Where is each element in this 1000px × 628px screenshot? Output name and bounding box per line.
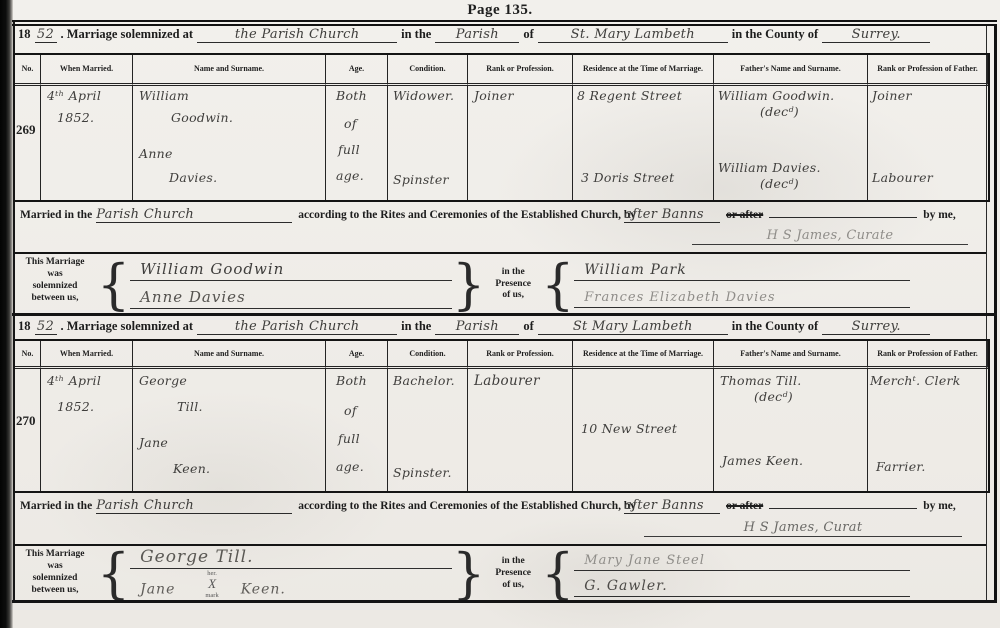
age-line-1-2: Both [336,373,367,388]
groom-signature-2: George Till. [140,547,253,567]
groom-father-note-2: (decᵈ) [754,389,793,404]
after-banns-entry-2: after Banns [624,498,720,514]
bride-signature-line: Anne Davies [130,288,452,309]
marriage-register-scan: Page 135. 1852 . Marriage solemnized at … [0,0,1000,628]
open-brace-couple: { [97,257,130,312]
presence-line2: Presence [485,279,541,291]
cell-residence: 8 Regent Street 3 Doris Street [573,86,714,200]
witness2-line-2: G. Gawler. [574,577,910,597]
after-banns-entry: after Banns [624,207,720,223]
col-header-condition: Condition. [388,55,468,86]
age-line-2: of [344,116,357,131]
presence-line2-2: Presence [485,568,541,580]
close-brace-couple: } [452,257,485,312]
col-header-age-2: Age. [326,341,388,369]
blank-line [769,217,917,218]
cell-no: 269 [15,86,41,200]
col-header-age: Age. [326,55,388,86]
bride-signature-last-2: Keen. [241,582,286,598]
presence-line1: in the [485,267,541,279]
age-line-4: age. [336,168,364,183]
witness2-signature-2: G. Gawler. [584,578,667,594]
this-marriage-line3: solemnized [13,281,97,293]
close-brace-couple-2: } [452,547,485,602]
presence-line1-2: in the [485,556,541,568]
top-double-rule [12,20,997,26]
in-the-label: in the [401,27,431,42]
groom-condition-2: Bachelor. [393,373,455,388]
groom-signature-line-2: George Till. [130,547,452,569]
witness2-line: Frances Elizabeth Davies [574,288,910,308]
blank-line-2 [769,508,917,509]
this-marriage-line4-2: between us, [13,585,97,597]
couple-signatures: William Goodwin Anne Davies [130,254,452,315]
bride-surname-2: Keen. [173,461,210,476]
bride-signature-line-2: Jane her. X mark Keen. [130,570,452,601]
register-table-2: No. When Married. Name and Surname. Age.… [13,339,990,493]
year-printed-2: 18 [18,319,31,334]
witness-signatures-2: Mary Jane Steel G. Gawler. [574,546,910,602]
this-marriage-line1: This Marriage [13,257,97,269]
year-handwritten-2: 52 [35,319,57,335]
cell-father-name-2: Thomas Till. (decᵈ) James Keen. [714,369,868,491]
groom-residence: 8 Regent Street [577,88,682,103]
groom-surname-2: Till. [177,399,203,414]
col-header-no-2: No. [15,341,41,369]
col-header-father-name: Father's Name and Surname. [714,55,868,86]
register-table-1: No. When Married. Name and Surname. Age.… [13,53,990,202]
groom-father-name: William Goodwin. [718,88,834,103]
married-in-label: Married in the [20,209,92,221]
this-marriage-line3-2: solemnized [13,573,97,585]
cell-condition: Widower. Spinster [388,86,468,200]
cell-father-rank: Joiner Labourer [868,86,988,200]
col-header-father-name-2: Father's Name and Surname. [714,341,868,369]
page-number: Page 135. [0,2,1000,19]
parish-name-entry-2: St Mary Lambeth [538,319,728,335]
rites-label: according to the Rites and Ceremonies of… [298,209,636,221]
bride-signature-first-2: Jane [140,582,175,598]
groom-father-rank: Joiner [872,88,912,103]
this-marriage-label-2: This Marriage was solemnized between us, [13,546,97,602]
when-married-line1-2: 4ᵗʰ April [47,373,101,388]
bride-surname: Davies. [169,170,217,185]
place-entry: the Parish Church [197,27,397,43]
groom-first-name: William [139,88,189,103]
of-label-2: of [523,319,533,334]
solemnized-label-2: . Marriage solemnized at [61,319,194,334]
bride-signature: Anne Davies [140,288,246,306]
bottom-rule [12,600,997,603]
married-place-entry: Parish Church [96,207,292,223]
groom-first-name-2: George [139,373,187,388]
presence-label-2: in the Presence of us, [485,556,541,592]
bride-first-name: Anne [139,146,173,161]
attestation-block-1: This Marriage was solemnized between us,… [13,252,986,315]
presence-line3-2: of us, [485,580,541,592]
bride-father-name-2: James Keen. [722,453,803,468]
cell-age: Both of full age. [326,86,388,200]
col-header-name-surname-2: Name and Surname. [133,341,326,369]
open-brace-witnesses-2: { [541,547,574,602]
bride-mark-stack: her. X mark [205,570,218,599]
bride-father-rank: Labourer [872,170,933,185]
col-header-residence: Residence at the Time of Marriage. [573,55,714,86]
county-entry: Surrey. [822,27,930,43]
groom-signature: William Goodwin [140,260,284,278]
bride-condition-2: Spinster. [393,465,452,480]
open-brace-couple-2: { [97,547,130,602]
cell-age-2: Both of full age. [326,369,388,491]
col-header-name-surname: Name and Surname. [133,55,326,86]
married-in-label-2: Married in the [20,500,92,512]
when-married-line2-2: 1852. [57,399,94,414]
age-line-3: full [338,142,360,157]
col-header-when-married: When Married. [41,55,133,86]
cell-condition-2: Bachelor. Spinster. [388,369,468,491]
age-line-4-2: age. [336,459,364,474]
witness1-line-2: Mary Jane Steel [574,551,910,571]
groom-father-name-2: Thomas Till. [720,373,802,388]
in-the-label-2: in the [401,319,431,334]
witness1-signature: William Park [584,262,686,278]
col-header-rank-2: Rank or Profession. [468,341,573,369]
bride-condition: Spinster [393,172,449,187]
minister-signature-2: H S James, Curat [644,518,962,537]
minister-signature-1: H S James, Curate [692,226,968,245]
cell-when-married: 4ᵗʰ April 1852. [41,86,133,200]
witness1-signature-2: Mary Jane Steel [584,553,705,568]
groom-rank-2: Labourer [474,373,540,389]
this-marriage-line2: was [13,269,97,281]
col-header-rank: Rank or Profession. [468,55,573,86]
cell-rank: Joiner [468,86,573,200]
rites-label-2: according to the Rites and Ceremonies of… [298,500,636,512]
cell-no-2: 270 [15,369,41,491]
married-in-line-1: Married in the Parish Church according t… [20,207,956,223]
parish-entry-2: Parish [435,319,519,335]
place-entry-2: the Parish Church [197,319,397,335]
witness2-signature: Frances Elizabeth Davies [584,290,775,305]
this-marriage-line4: between us, [13,293,97,305]
entry-number-2: 270 [16,413,36,429]
cell-names-2: George Till. Jane Keen. [133,369,326,491]
married-place-entry-2: Parish Church [96,498,292,514]
col-header-condition-2: Condition. [388,341,468,369]
col-header-father-rank: Rank or Profession of Father. [868,55,988,86]
groom-surname: Goodwin. [171,110,233,125]
bride-father-rank-2: Farrier. [876,459,926,474]
couple-signatures-2: George Till. Jane her. X mark Keen. [130,546,452,602]
bride-residence: 3 Doris Street [581,170,674,185]
witness-signatures: William Park Frances Elizabeth Davies [574,254,910,315]
groom-signature-line: William Goodwin [130,260,452,281]
when-married-line1: 4ᵗʰ April [47,88,101,103]
col-header-father-rank-2: Rank or Profession of Father. [868,341,988,369]
col-header-when-married-2: When Married. [41,341,133,369]
by-me-label: by me, [923,209,956,221]
age-line-2-2: of [344,403,357,418]
by-me-label-2: by me, [923,500,956,512]
solemnized-label: . Marriage solemnized at [61,27,194,42]
cell-father-name: William Goodwin. (decᵈ) William Davies. … [714,86,868,200]
cell-names: William Goodwin. Anne Davies. [133,86,326,200]
parish-entry: Parish [435,27,519,43]
presence-line3: of us, [485,290,541,302]
age-line-3-2: full [338,431,360,446]
col-header-residence-2: Residence at the Time of Marriage. [573,341,714,369]
attestation-block-2: This Marriage was solemnized between us,… [13,544,986,602]
county-of-label-2: in the County of [732,319,818,334]
shared-residence-2: 10 New Street [581,421,677,436]
or-after-label: or after [726,209,763,221]
this-marriage-label: This Marriage was solemnized between us, [13,254,97,315]
married-in-line-2: Married in the Parish Church according t… [20,498,956,514]
witness1-line: William Park [574,261,910,281]
open-brace-witnesses: { [541,257,574,312]
groom-father-rank-2: Merchᵗ. Clerk [870,373,961,388]
entry-number: 269 [16,122,36,138]
cell-residence-2: 10 New Street [573,369,714,491]
bride-father-note: (decᵈ) [760,176,799,191]
county-of-label: in the County of [732,27,818,42]
col-header-no: No. [15,55,41,86]
bride-first-name-2: Jane [139,435,168,450]
year-handwritten: 52 [35,27,57,43]
mark-mark-label: mark [205,592,218,599]
parish-name-entry: St. Mary Lambeth [538,27,728,43]
section-2-header: 1852 . Marriage solemnized at the Parish… [18,319,984,335]
minister-signature-text-2: H S James, Curat [744,520,863,535]
groom-condition: Widower. [393,88,454,103]
of-label: of [523,27,533,42]
mark-x: X [208,577,216,591]
section-divider-rule [12,313,997,316]
when-married-line2: 1852. [57,110,94,125]
groom-rank: Joiner [474,88,514,103]
cell-rank-2: Labourer [468,369,573,491]
year-printed: 18 [18,27,31,42]
or-after-label-2: or after [726,500,763,512]
this-marriage-line1-2: This Marriage [13,549,97,561]
section-1-header: 1852 . Marriage solemnized at the Parish… [18,27,984,43]
county-entry-2: Surrey. [822,319,930,335]
this-marriage-line2-2: was [13,561,97,573]
cell-when-married-2: 4ᵗʰ April 1852. [41,369,133,491]
minister-signature-text: H S James, Curate [767,228,894,243]
groom-father-note: (decᵈ) [760,104,799,119]
age-line-1: Both [336,88,367,103]
cell-father-rank-2: Merchᵗ. Clerk Farrier. [868,369,988,491]
bride-father-name: William Davies. [718,160,821,175]
presence-label: in the Presence of us, [485,267,541,303]
